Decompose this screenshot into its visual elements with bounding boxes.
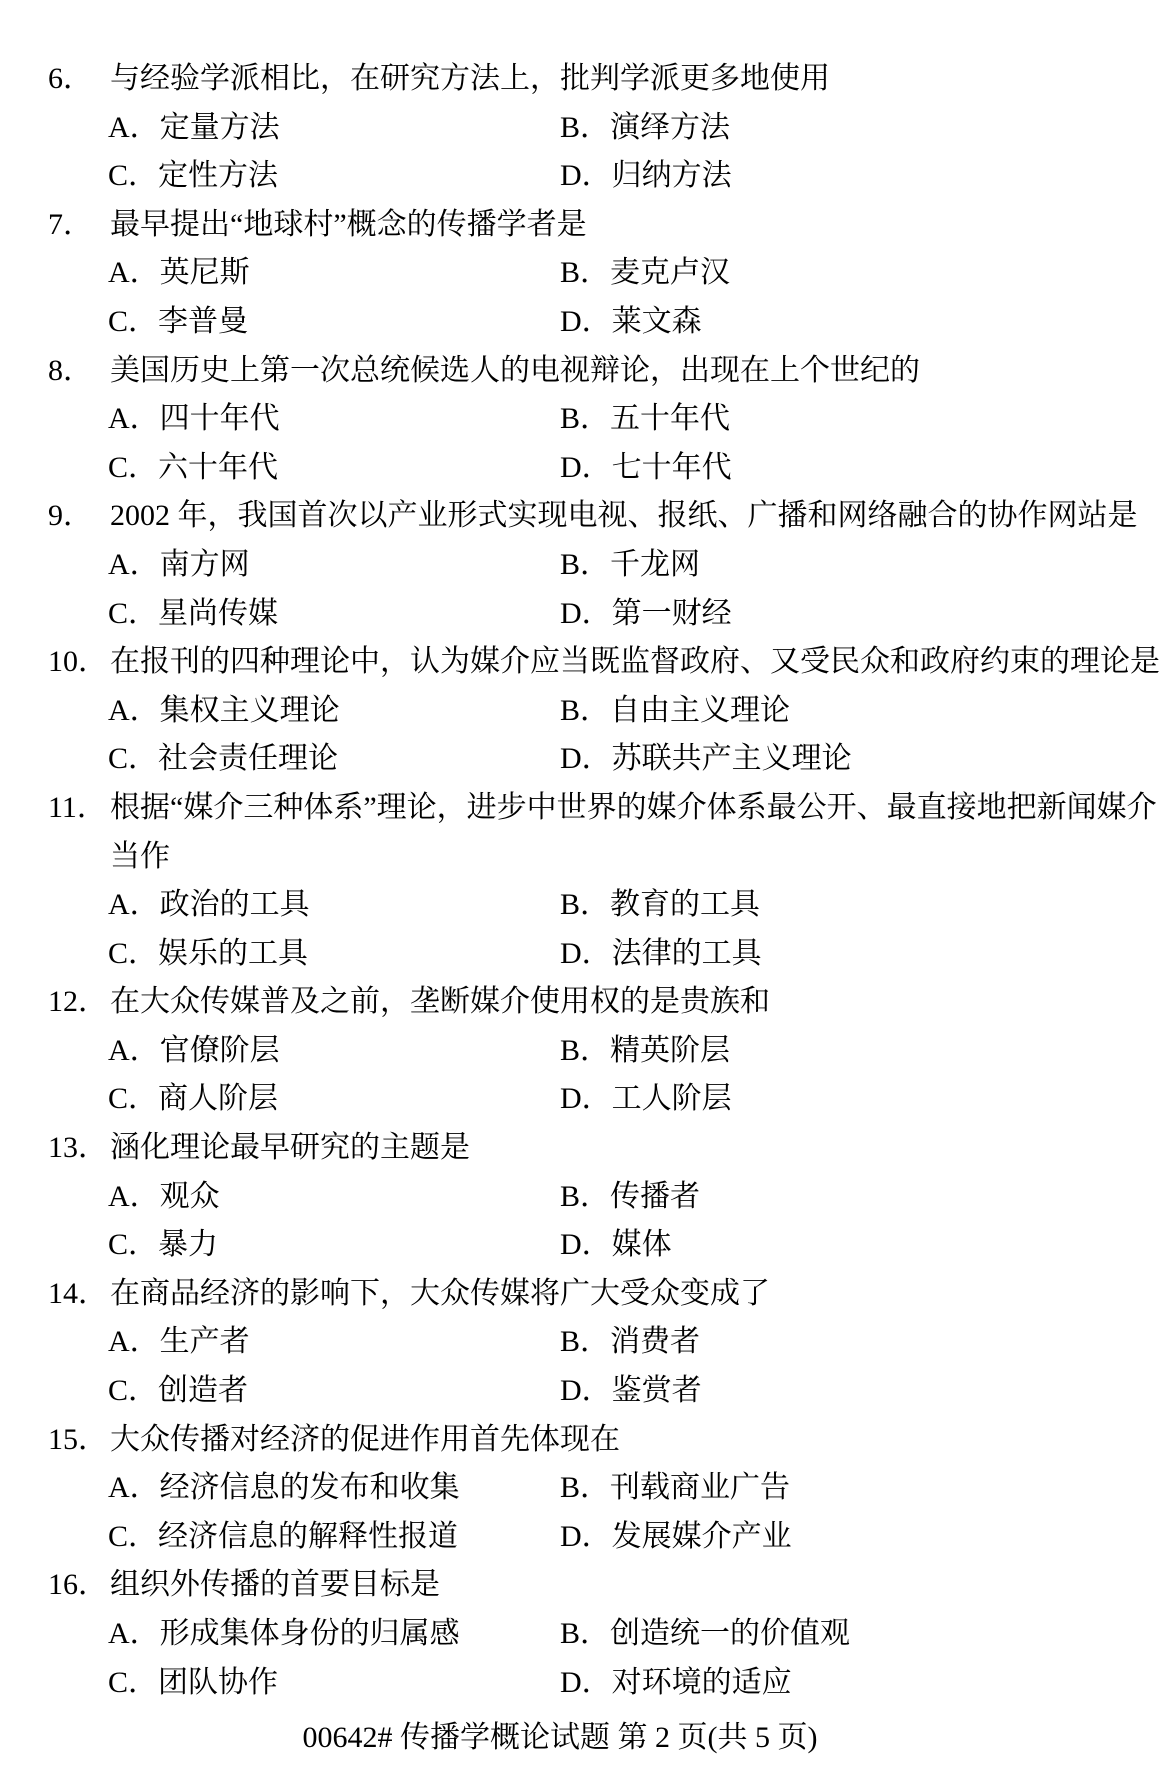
option-row: C．李普曼 D．莱文森 bbox=[0, 298, 1169, 347]
question-text: 在大众传媒普及之前，垄断媒介使用权的是贵族和 bbox=[110, 978, 770, 1027]
option-c: C．团队协作 bbox=[108, 1659, 278, 1708]
option-d: D．苏联共产主义理论 bbox=[560, 735, 852, 784]
exam-page: 6． 与经验学派相比，在研究方法上，批判学派更多地使用 A．定量方法 B．演绎方… bbox=[0, 0, 1169, 1776]
question-stem-line: 9． 2002 年，我国首次以产业形式实现电视、报纸、广播和网络融合的协作网站是 bbox=[0, 492, 1169, 541]
option-a: A．生产者 bbox=[108, 1318, 250, 1367]
option-a: A．形成集体身份的归属感 bbox=[108, 1610, 460, 1659]
option-c: C．创造者 bbox=[108, 1367, 248, 1416]
question-stem-line: 14． 在商品经济的影响下，大众传媒将广大受众变成了 bbox=[0, 1270, 1169, 1319]
option-b: B．刊载商业广告 bbox=[560, 1464, 790, 1513]
option-c: C．经济信息的解释性报道 bbox=[108, 1513, 458, 1562]
option-c: C．社会责任理论 bbox=[108, 735, 338, 784]
option-d: D．第一财经 bbox=[560, 590, 732, 639]
question-number: 13． bbox=[48, 1124, 108, 1173]
option-b: B．麦克卢汉 bbox=[560, 249, 730, 298]
question-stem-line: 11． 根据“媒介三种体系”理论，进步中世界的媒介体系最公开、最直接地把新闻媒介 bbox=[0, 784, 1169, 833]
question-text: 与经验学派相比，在研究方法上，批判学派更多地使用 bbox=[110, 55, 830, 104]
option-a: A．集权主义理论 bbox=[108, 687, 340, 736]
question-number: 7． bbox=[48, 201, 93, 250]
option-b: B．千龙网 bbox=[560, 541, 700, 590]
option-c: C．李普曼 bbox=[108, 298, 248, 347]
question-number: 12． bbox=[48, 978, 108, 1027]
question-number: 16． bbox=[48, 1561, 108, 1610]
option-b: B．精英阶层 bbox=[560, 1027, 730, 1076]
option-d: D．法律的工具 bbox=[560, 930, 762, 979]
option-row: A．定量方法 B．演绎方法 bbox=[0, 104, 1169, 153]
page-footer: 00642# 传播学概论试题 第 2 页(共 5 页) bbox=[0, 1718, 1120, 1758]
question-12: 12． 在大众传媒普及之前，垄断媒介使用权的是贵族和 A．官僚阶层 B．精英阶层… bbox=[0, 978, 1169, 1124]
option-d: D．七十年代 bbox=[560, 444, 732, 493]
question-10: 10． 在报刊的四种理论中，认为媒介应当既监督政府、又受民众和政府约束的理论是 … bbox=[0, 638, 1169, 784]
question-11: 11． 根据“媒介三种体系”理论，进步中世界的媒介体系最公开、最直接地把新闻媒介… bbox=[0, 784, 1169, 978]
option-row: A．集权主义理论 B．自由主义理论 bbox=[0, 687, 1169, 736]
option-a: A．政治的工具 bbox=[108, 881, 310, 930]
option-c: C．星尚传媒 bbox=[108, 590, 278, 639]
option-row: A．形成集体身份的归属感 B．创造统一的价值观 bbox=[0, 1610, 1169, 1659]
question-text: 组织外传播的首要目标是 bbox=[110, 1561, 440, 1610]
option-c: C．娱乐的工具 bbox=[108, 930, 308, 979]
question-stem-line: 8． 美国历史上第一次总统候选人的电视辩论，出现在上个世纪的 bbox=[0, 347, 1169, 396]
option-row: C．团队协作 D．对环境的适应 bbox=[0, 1659, 1169, 1708]
question-stem-line: 15． 大众传播对经济的促进作用首先体现在 bbox=[0, 1416, 1169, 1465]
question-13: 13． 涵化理论最早研究的主题是 A．观众 B．传播者 C．暴力 D．媒体 bbox=[0, 1124, 1169, 1270]
question-text: 大众传播对经济的促进作用首先体现在 bbox=[110, 1416, 620, 1465]
question-16: 16． 组织外传播的首要目标是 A．形成集体身份的归属感 B．创造统一的价值观 … bbox=[0, 1561, 1169, 1707]
question-number: 14． bbox=[48, 1270, 108, 1319]
option-row: C．暴力 D．媒体 bbox=[0, 1221, 1169, 1270]
option-row: C．社会责任理论 D．苏联共产主义理论 bbox=[0, 735, 1169, 784]
option-row: C．创造者 D．鉴赏者 bbox=[0, 1367, 1169, 1416]
option-d: D．工人阶层 bbox=[560, 1075, 732, 1124]
question-15: 15． 大众传播对经济的促进作用首先体现在 A．经济信息的发布和收集 B．刊载商… bbox=[0, 1416, 1169, 1562]
option-a: A．四十年代 bbox=[108, 395, 280, 444]
option-row: A．英尼斯 B．麦克卢汉 bbox=[0, 249, 1169, 298]
option-c: C．六十年代 bbox=[108, 444, 278, 493]
option-row: C．商人阶层 D．工人阶层 bbox=[0, 1075, 1169, 1124]
option-c: C．定性方法 bbox=[108, 152, 278, 201]
option-d: D．莱文森 bbox=[560, 298, 702, 347]
question-stem-line: 7． 最早提出“地球村”概念的传播学者是 bbox=[0, 201, 1169, 250]
question-text: 根据“媒介三种体系”理论，进步中世界的媒介体系最公开、最直接地把新闻媒介 bbox=[110, 784, 1157, 833]
question-number: 6． bbox=[48, 55, 93, 104]
question-number: 15． bbox=[48, 1416, 108, 1465]
question-text-continuation: 当作 bbox=[110, 833, 170, 882]
question-stem-line: 6． 与经验学派相比，在研究方法上，批判学派更多地使用 bbox=[0, 55, 1169, 104]
option-row: C．娱乐的工具 D．法律的工具 bbox=[0, 930, 1169, 979]
question-stem-line-2: 当作 bbox=[0, 833, 1169, 882]
option-row: C．经济信息的解释性报道 D．发展媒介产业 bbox=[0, 1513, 1169, 1562]
question-text: 涵化理论最早研究的主题是 bbox=[110, 1124, 470, 1173]
option-a: A．经济信息的发布和收集 bbox=[108, 1464, 460, 1513]
question-text: 在报刊的四种理论中，认为媒介应当既监督政府、又受民众和政府约束的理论是 bbox=[110, 638, 1160, 687]
option-d: D．发展媒介产业 bbox=[560, 1513, 792, 1562]
question-8: 8． 美国历史上第一次总统候选人的电视辩论，出现在上个世纪的 A．四十年代 B．… bbox=[0, 347, 1169, 493]
option-a: A．观众 bbox=[108, 1173, 220, 1222]
question-stem-line: 10． 在报刊的四种理论中，认为媒介应当既监督政府、又受民众和政府约束的理论是 bbox=[0, 638, 1169, 687]
question-stem-line: 16． 组织外传播的首要目标是 bbox=[0, 1561, 1169, 1610]
option-row: A．南方网 B．千龙网 bbox=[0, 541, 1169, 590]
option-b: B．自由主义理论 bbox=[560, 687, 790, 736]
option-d: D．归纳方法 bbox=[560, 152, 732, 201]
question-text: 美国历史上第一次总统候选人的电视辩论，出现在上个世纪的 bbox=[110, 347, 920, 396]
question-text: 2002 年，我国首次以产业形式实现电视、报纸、广播和网络融合的协作网站是 bbox=[110, 492, 1138, 541]
question-number: 11． bbox=[48, 784, 107, 833]
question-number: 10． bbox=[48, 638, 108, 687]
question-9: 9． 2002 年，我国首次以产业形式实现电视、报纸、广播和网络融合的协作网站是… bbox=[0, 492, 1169, 638]
option-a: A．官僚阶层 bbox=[108, 1027, 280, 1076]
option-a: A．英尼斯 bbox=[108, 249, 250, 298]
question-text: 在商品经济的影响下，大众传媒将广大受众变成了 bbox=[110, 1270, 770, 1319]
option-d: D．媒体 bbox=[560, 1221, 672, 1270]
option-row: C．星尚传媒 D．第一财经 bbox=[0, 590, 1169, 639]
question-number: 8． bbox=[48, 347, 93, 396]
option-b: B．创造统一的价值观 bbox=[560, 1610, 850, 1659]
option-b: B．教育的工具 bbox=[560, 881, 760, 930]
question-7: 7． 最早提出“地球村”概念的传播学者是 A．英尼斯 B．麦克卢汉 C．李普曼 … bbox=[0, 201, 1169, 347]
option-a: A．南方网 bbox=[108, 541, 250, 590]
option-c: C．商人阶层 bbox=[108, 1075, 278, 1124]
option-row: A．四十年代 B．五十年代 bbox=[0, 395, 1169, 444]
option-a: A．定量方法 bbox=[108, 104, 280, 153]
question-14: 14． 在商品经济的影响下，大众传媒将广大受众变成了 A．生产者 B．消费者 C… bbox=[0, 1270, 1169, 1416]
option-row: A．官僚阶层 B．精英阶层 bbox=[0, 1027, 1169, 1076]
question-text: 最早提出“地球村”概念的传播学者是 bbox=[110, 201, 587, 250]
question-stem-line: 12． 在大众传媒普及之前，垄断媒介使用权的是贵族和 bbox=[0, 978, 1169, 1027]
option-row: A．经济信息的发布和收集 B．刊载商业广告 bbox=[0, 1464, 1169, 1513]
option-b: B．消费者 bbox=[560, 1318, 700, 1367]
option-row: A．生产者 B．消费者 bbox=[0, 1318, 1169, 1367]
option-b: B．演绎方法 bbox=[560, 104, 730, 153]
option-row: A．政治的工具 B．教育的工具 bbox=[0, 881, 1169, 930]
option-row: C．定性方法 D．归纳方法 bbox=[0, 152, 1169, 201]
question-stem-line: 13． 涵化理论最早研究的主题是 bbox=[0, 1124, 1169, 1173]
option-b: B．五十年代 bbox=[560, 395, 730, 444]
question-number: 9． bbox=[48, 492, 93, 541]
question-6: 6． 与经验学派相比，在研究方法上，批判学派更多地使用 A．定量方法 B．演绎方… bbox=[0, 55, 1169, 201]
option-row: A．观众 B．传播者 bbox=[0, 1173, 1169, 1222]
option-d: D．鉴赏者 bbox=[560, 1367, 702, 1416]
option-d: D．对环境的适应 bbox=[560, 1659, 792, 1708]
option-row: C．六十年代 D．七十年代 bbox=[0, 444, 1169, 493]
option-c: C．暴力 bbox=[108, 1221, 218, 1270]
option-b: B．传播者 bbox=[560, 1173, 700, 1222]
